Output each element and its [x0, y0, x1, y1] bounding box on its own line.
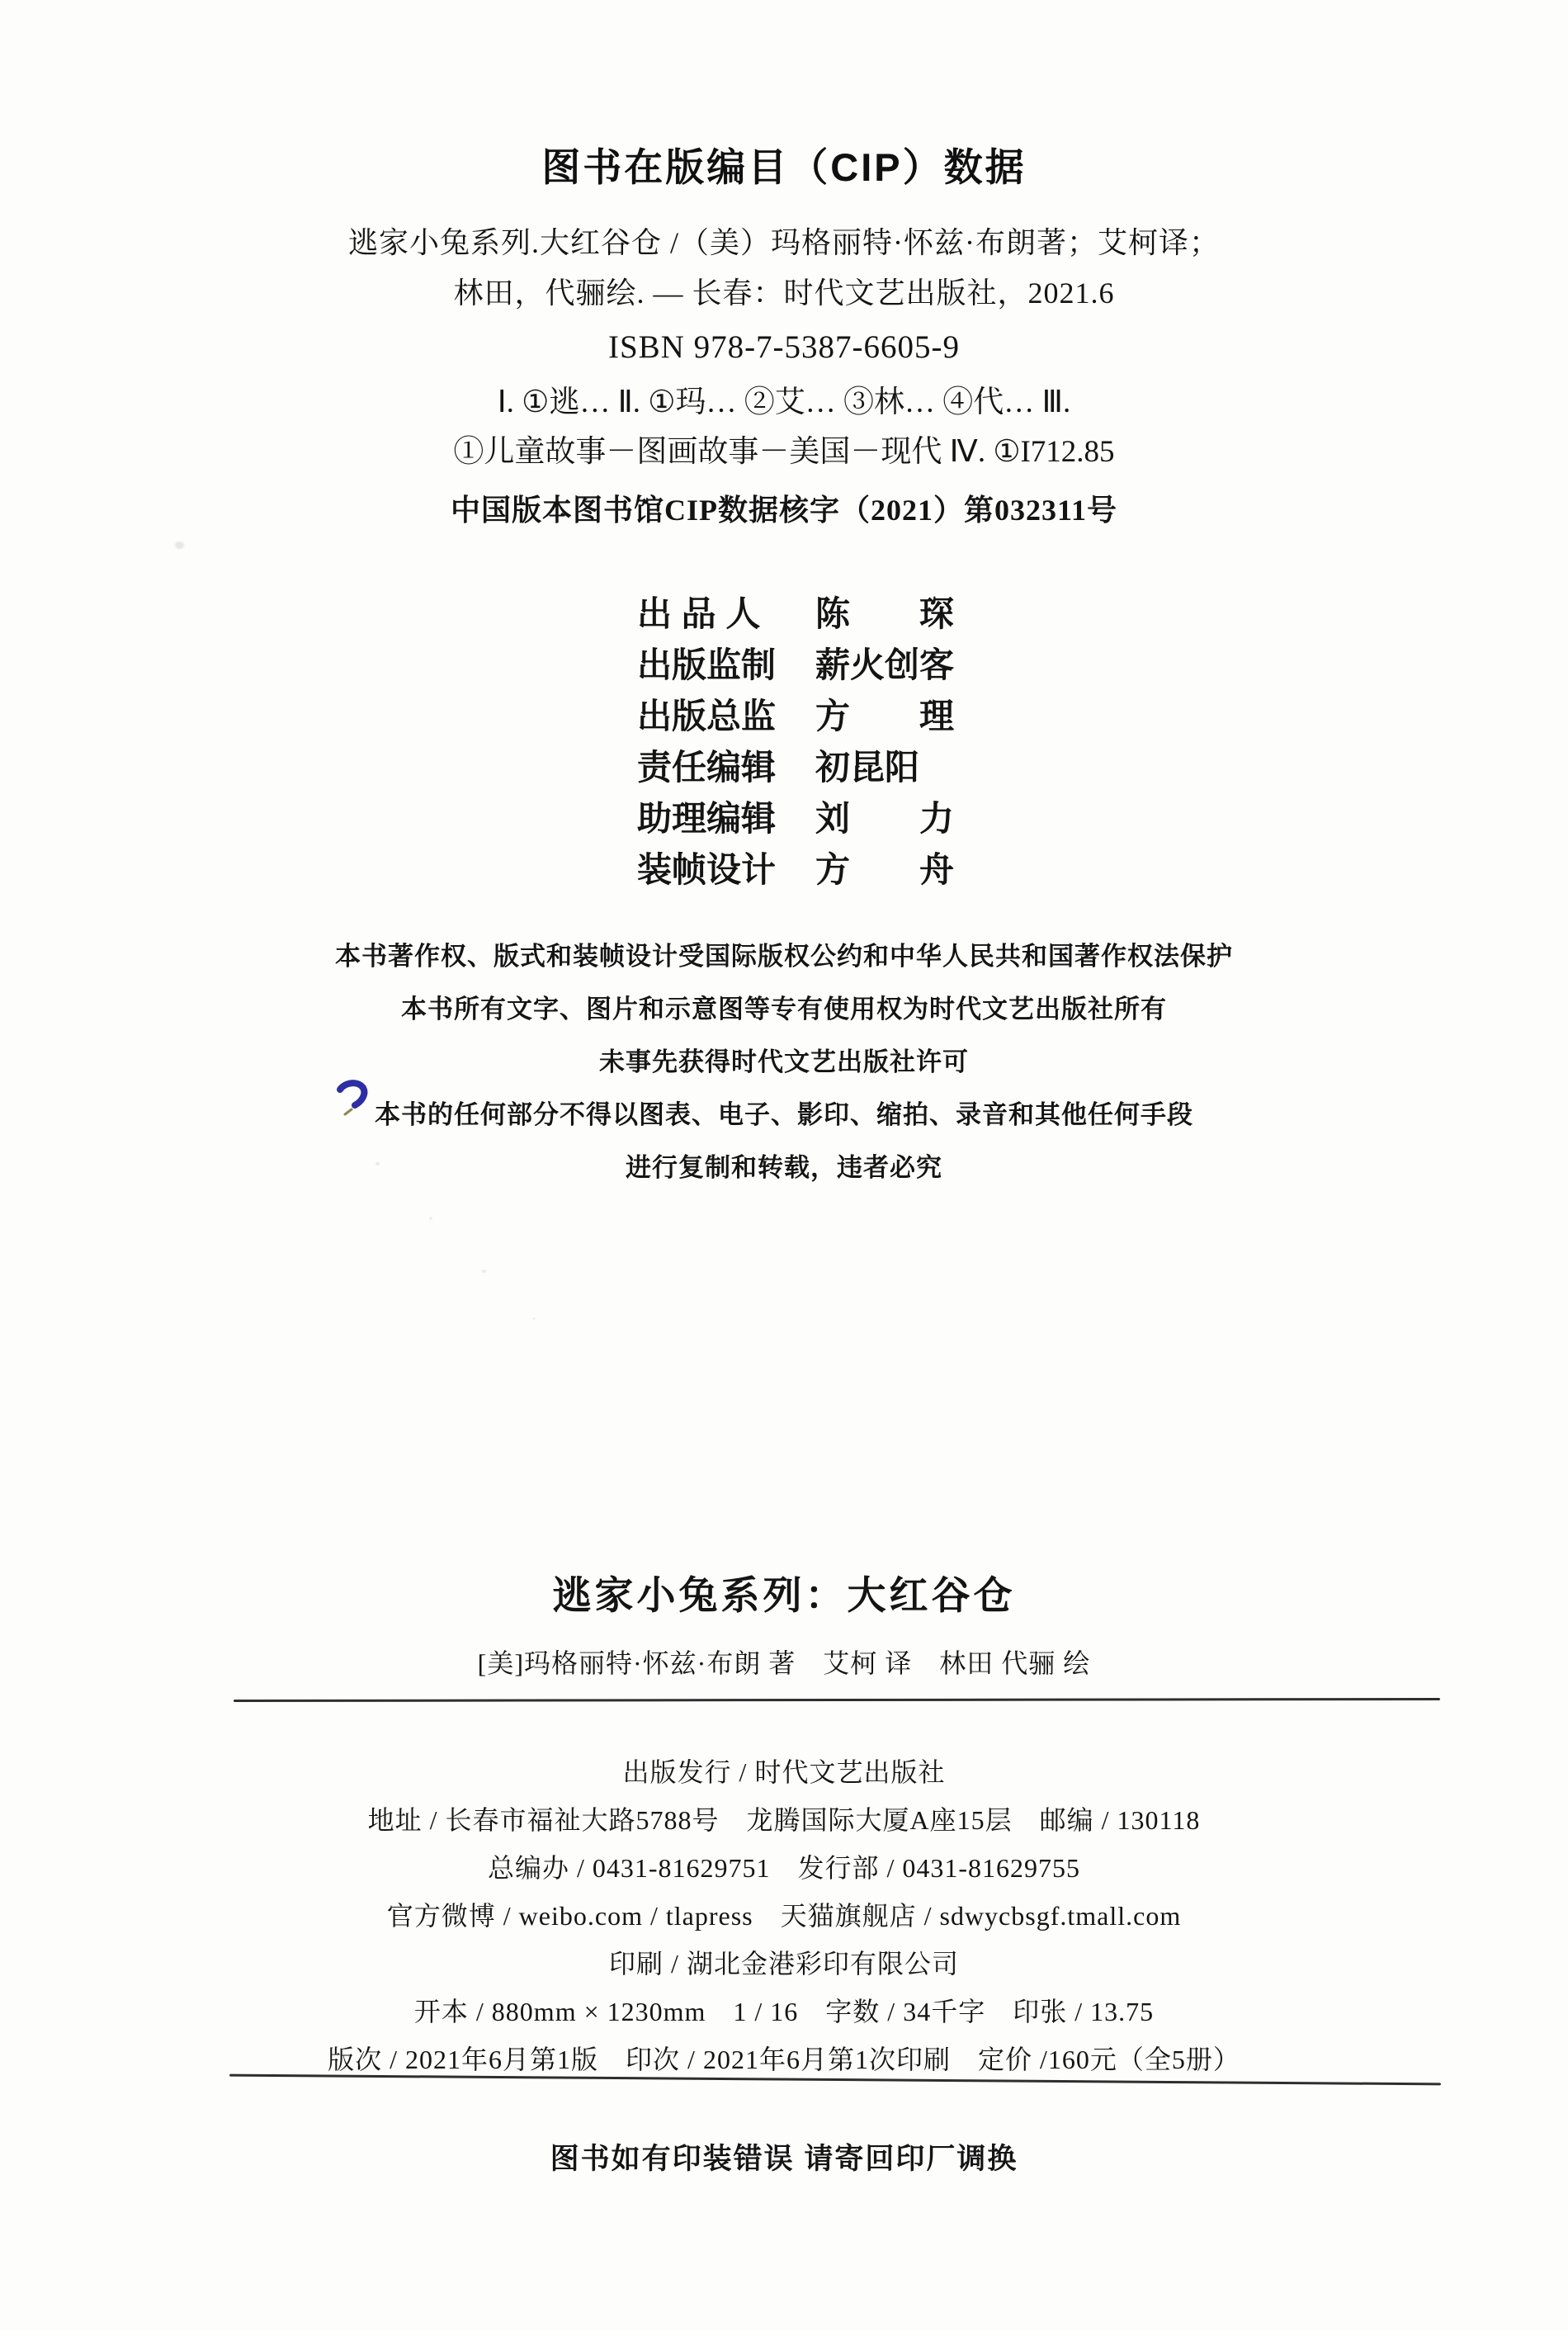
blue-pen-mark [333, 1078, 378, 1129]
colophon-address-line: 地址 / 长春市福祉大路5788号 龙腾国际大厦A座15层 邮编 / 13011… [0, 1796, 1568, 1844]
scan-speck [532, 1317, 536, 1320]
copyright-line: 本书著作权、版式和装帧设计受国际版权公约和中华人民共和国著作权法保护 [0, 930, 1568, 983]
staff-person-name: 陈 琛 [815, 596, 954, 631]
staff-role-label: 助理编辑 [637, 801, 815, 836]
staff-person-name: 刘 力 [815, 801, 954, 836]
scan-speck [175, 541, 184, 549]
colophon-publisher-line: 出版发行 / 时代文艺出版社 [0, 1748, 1568, 1796]
staff-role-label: 装帧设计 [637, 852, 815, 887]
copyright-line: 未事先获得时代文艺出版社许可 [0, 1036, 1568, 1089]
staff-role-label: 出版监制 [637, 647, 815, 683]
colophon-web-line: 官方微博 / weibo.com / tlapress 天猫旗舰店 / sdwy… [0, 1892, 1568, 1940]
copyright-notice: 本书著作权、版式和装帧设计受国际版权公约和中华人民共和国著作权法保护 本书所有文… [0, 930, 1568, 1194]
cip-record-line-1: 逃家小兔系列.大红谷仓 /（美）玛格丽特·怀兹·布朗著；艾柯译； [0, 220, 1568, 262]
horizontal-divider-top [234, 1698, 1440, 1702]
staff-row-publishing-supervisor: 出版监制 薪火创客 [637, 647, 954, 683]
cip-title: 图书在版编目（CIP）数据 [0, 137, 1568, 192]
cip-registry-number: 中国版本图书馆CIP数据核字（2021）第032311号 [0, 487, 1568, 529]
staff-row-producer: 出 品 人 陈 琛 [637, 596, 954, 631]
cip-classification-line-1: Ⅰ. ①逃… Ⅱ. ①玛… ②艾… ③林… ④代… Ⅲ. [0, 376, 1568, 421]
colophon-phone-line: 总编办 / 0431-81629751 发行部 / 0431-81629755 [0, 1844, 1568, 1892]
publication-colophon: 出版发行 / 时代文艺出版社 地址 / 长春市福祉大路5788号 龙腾国际大厦A… [0, 1748, 1568, 2083]
staff-role-label: 出版总监 [637, 698, 815, 734]
staff-role-label: 出 品 人 [637, 596, 815, 631]
staff-row-binding-designer: 装帧设计 方 舟 [637, 852, 954, 887]
colophon-format-line: 开本 / 880mm × 1230mm 1 / 16 字数 / 34千字 印张 … [0, 1988, 1568, 2035]
staff-row-assistant-editor: 助理编辑 刘 力 [637, 801, 954, 836]
cip-classification-line-2: ①儿童故事－图画故事－美国－现代 Ⅳ. ①I712.85 [0, 426, 1568, 470]
scan-speck [375, 1162, 380, 1165]
staff-person-name: 方 理 [815, 698, 954, 734]
staff-person-name: 薪火创客 [815, 647, 954, 683]
staff-person-name: 初昆阳 [815, 749, 919, 785]
scan-speck [482, 1270, 486, 1273]
copyright-line: 本书所有文字、图片和示意图等专有使用权为时代文艺出版社所有 [0, 983, 1568, 1036]
misprint-return-note: 图书如有印装错误 请寄回印厂调换 [0, 2136, 1568, 2177]
scan-speck [429, 1217, 432, 1220]
staff-credits-list: 出 品 人 陈 琛 出版监制 薪火创客 出版总监 方 理 责任编辑 初昆阳 助理… [637, 596, 954, 903]
book-title: 逃家小兔系列：大红谷仓 [0, 1565, 1568, 1620]
staff-person-name: 方 舟 [815, 852, 954, 887]
copyright-line: 进行复制和转载，违者必究 [0, 1142, 1568, 1194]
isbn-number: ISBN 978-7-5387-6605-9 [0, 329, 1568, 366]
copyright-line: 本书的任何部分不得以图表、电子、影印、缩拍、录音和其他任何手段 [0, 1089, 1568, 1142]
book-copyright-page: 图书在版编目（CIP）数据 逃家小兔系列.大红谷仓 /（美）玛格丽特·怀兹·布朗… [0, 0, 1568, 2331]
staff-role-label: 责任编辑 [637, 749, 815, 785]
staff-row-responsible-editor: 责任编辑 初昆阳 [637, 749, 954, 785]
book-authors-line: [美]玛格丽特·怀兹·布朗 著 艾柯 译 林田 代骊 绘 [0, 1643, 1568, 1681]
colophon-printer-line: 印刷 / 湖北金港彩印有限公司 [0, 1940, 1568, 1988]
staff-row-publishing-director: 出版总监 方 理 [637, 698, 954, 734]
cip-record-line-2: 林田，代骊绘. — 长春：时代文艺出版社，2021.6 [0, 270, 1568, 312]
